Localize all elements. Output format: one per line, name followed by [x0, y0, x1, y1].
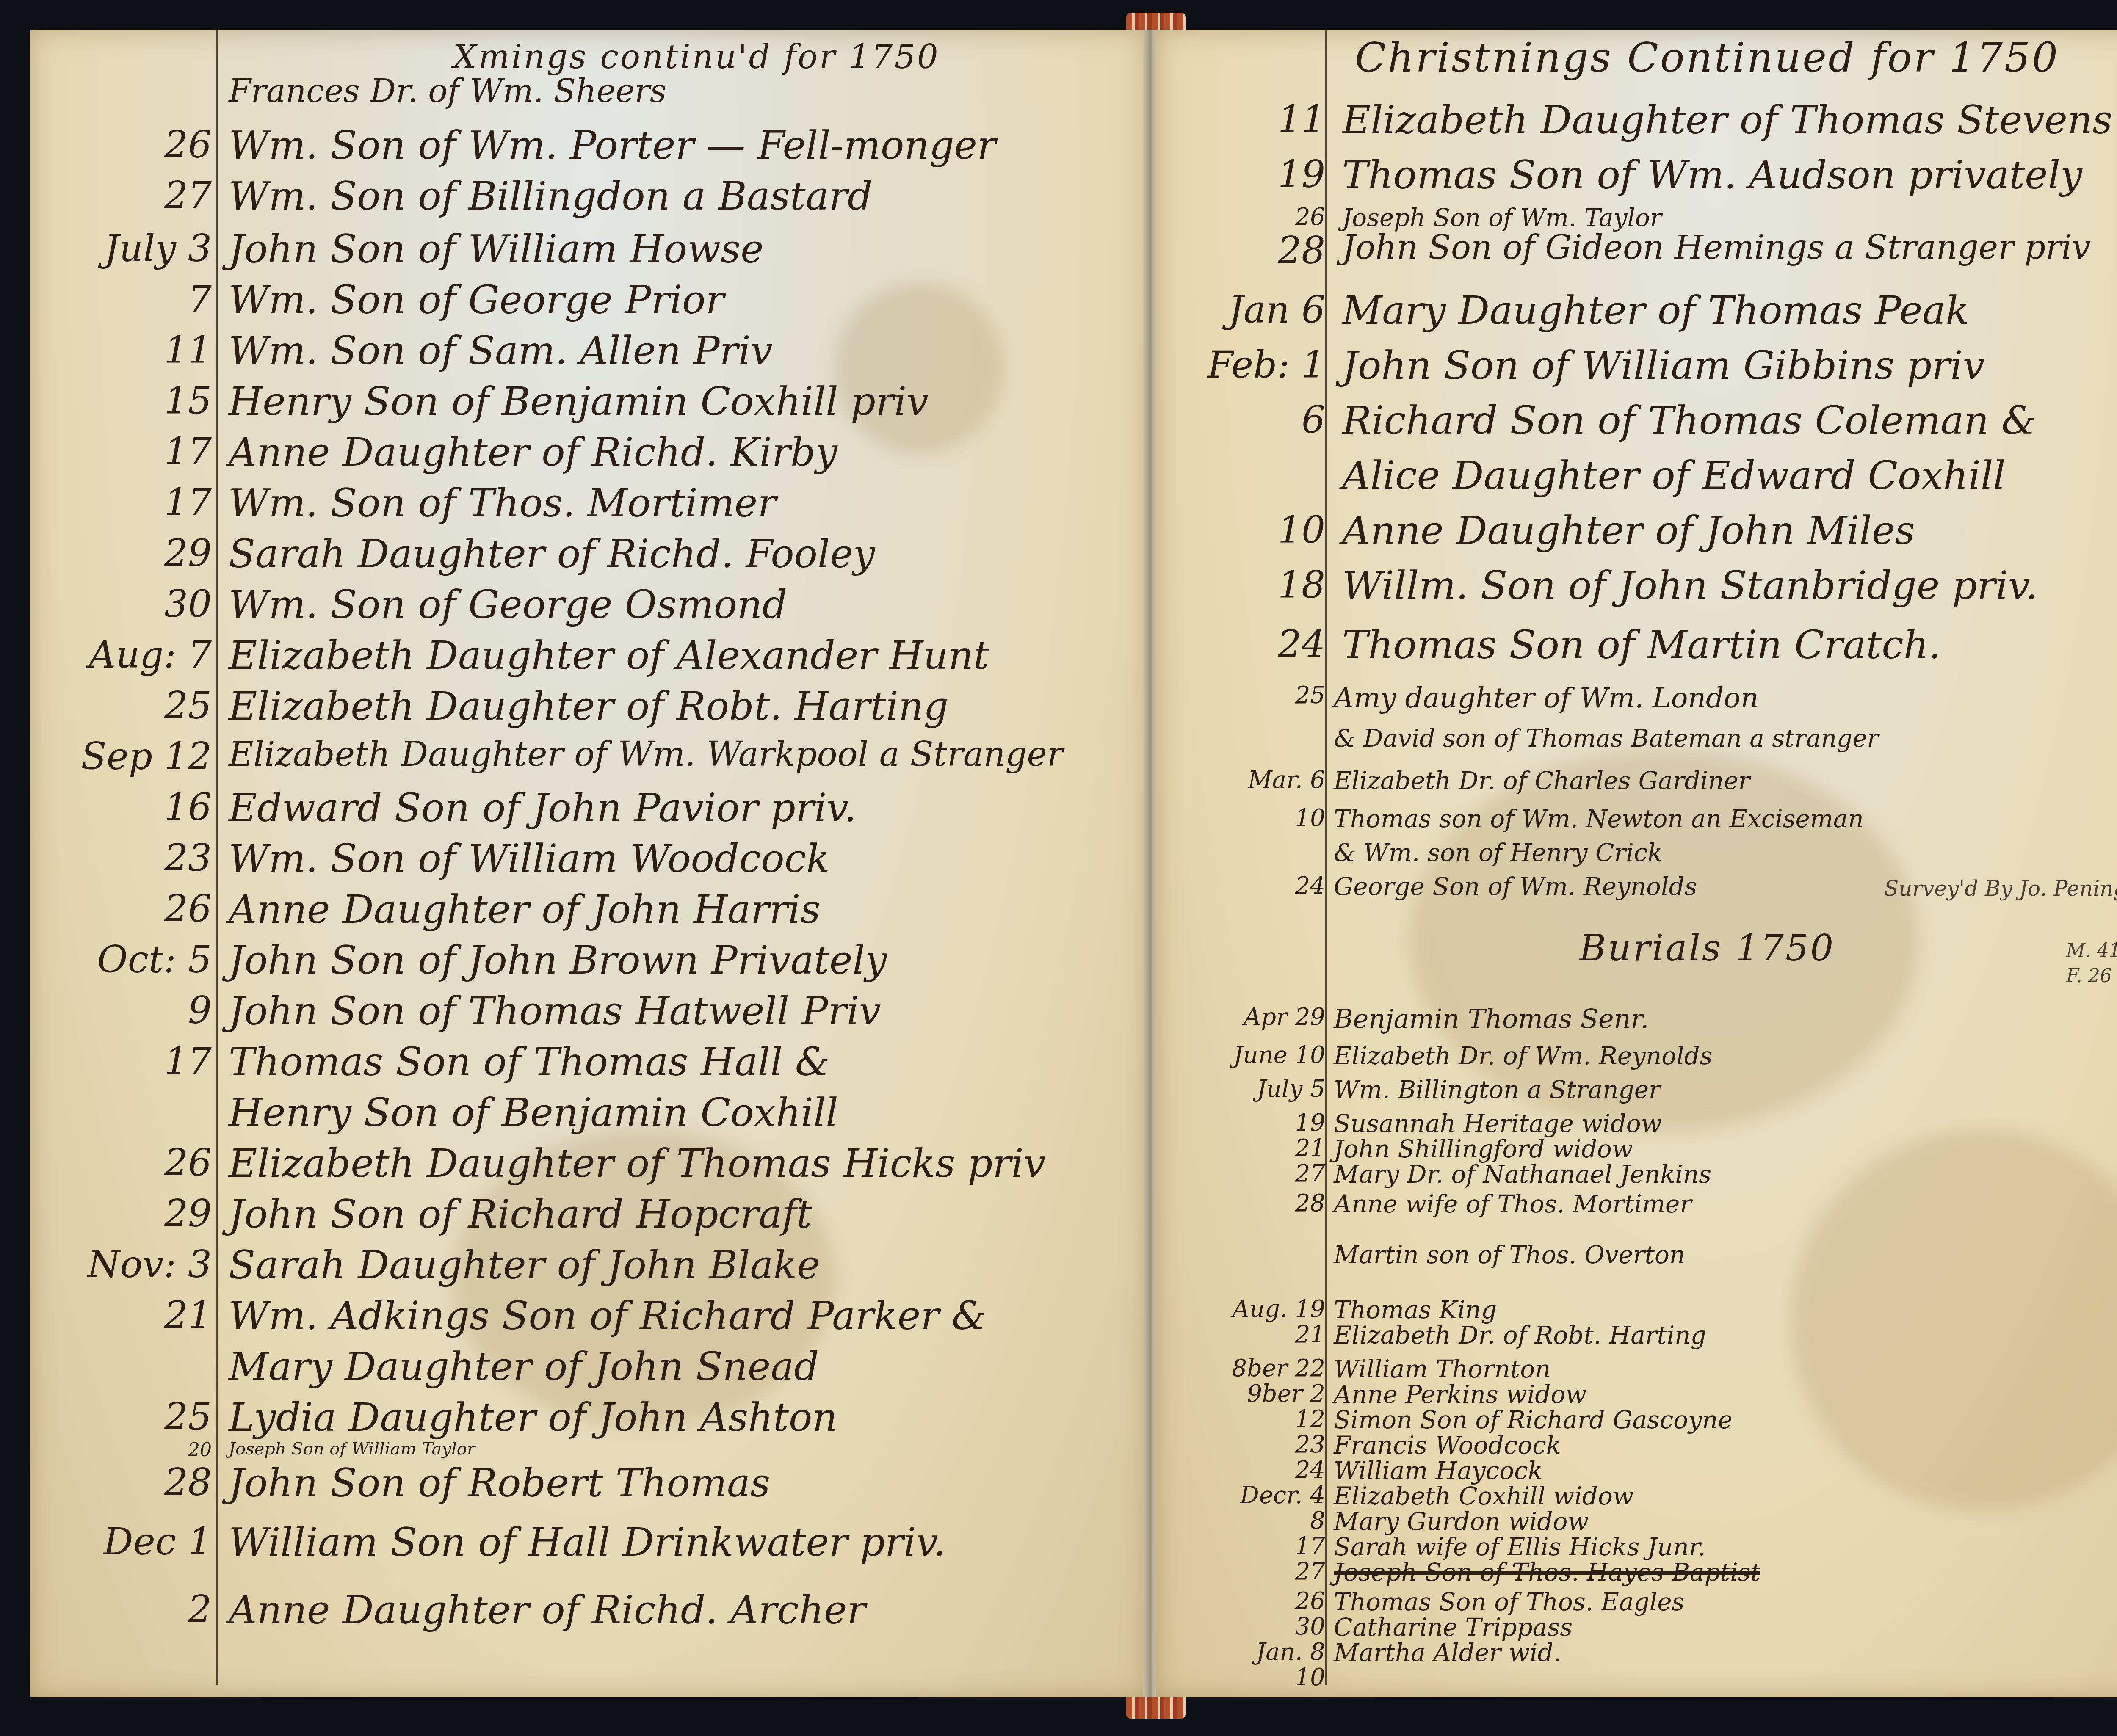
- open-register-book: Xmings continu'd for 1750 Frances Dr. of…: [17, 13, 2117, 1714]
- totals-male: M. 41: [2066, 940, 2117, 961]
- surveyed-by-note: Survey'd By Jo. Penington: [1884, 876, 2117, 901]
- page-heading: Xmings continu'd for 1750: [453, 38, 940, 76]
- burials-heading: Burials 1750: [1579, 927, 1835, 969]
- left-page: Xmings continu'd for 1750 Frances Dr. of…: [30, 30, 1147, 1697]
- paper-stain: [834, 284, 1003, 453]
- christenings-heading: Christnings Continued for 1750: [1355, 34, 2059, 81]
- right-page: 28 Christnings Continued for 1750 11Eliz…: [1156, 30, 2117, 1697]
- margin-rule: [216, 30, 218, 1685]
- paper-stain: [1791, 1130, 2117, 1511]
- totals-female: F. 26: [2066, 965, 2112, 987]
- margin-rule: [1325, 30, 1327, 1685]
